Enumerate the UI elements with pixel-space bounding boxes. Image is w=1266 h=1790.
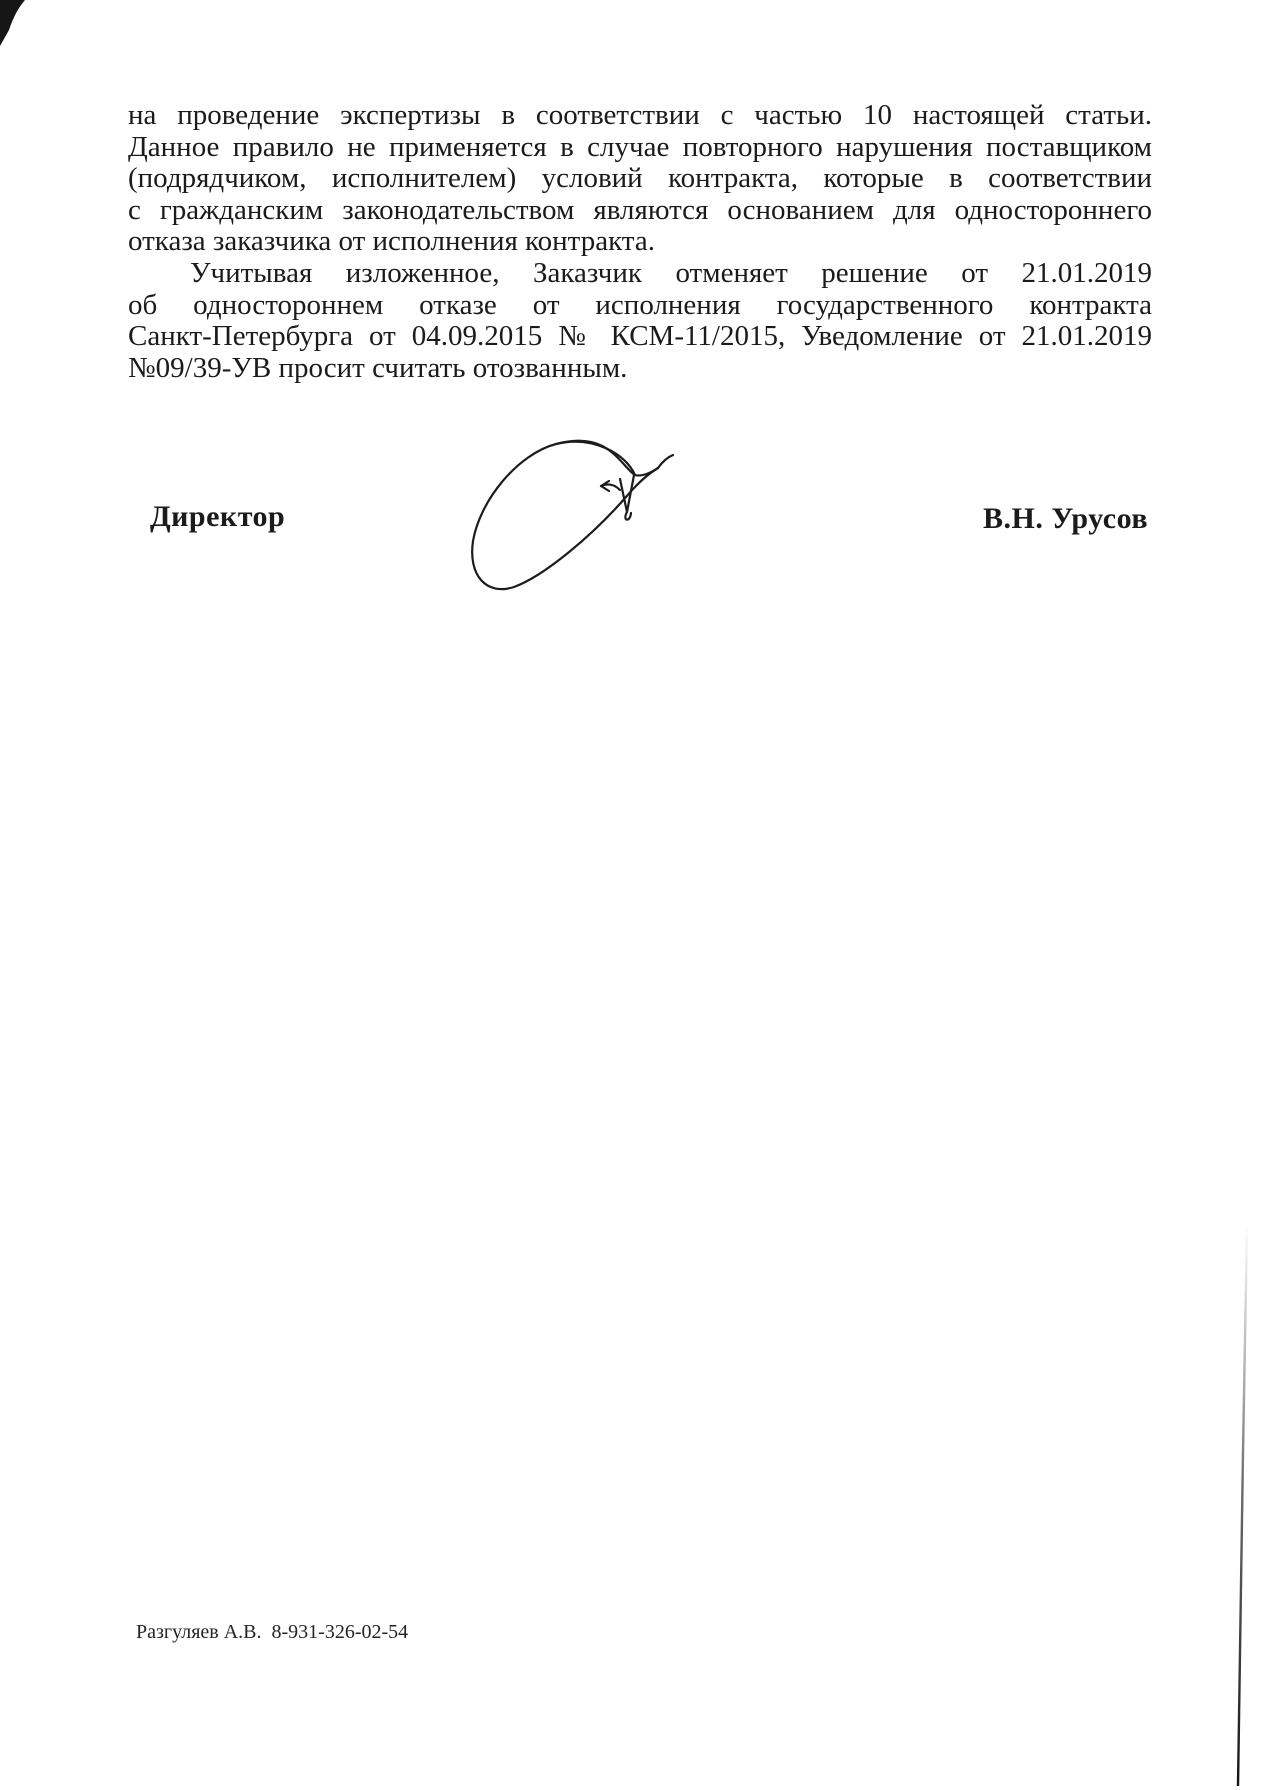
text-line: Учитывая изложенное, Заказчик отменяет р… bbox=[128, 258, 1152, 290]
edge-scan-artifact bbox=[1228, 1222, 1258, 1790]
text-line: Данное правило не применяется в случае п… bbox=[128, 132, 1152, 164]
text-line: на проведение экспертизы в соответствии … bbox=[128, 100, 1152, 132]
corner-scan-artifact bbox=[0, 0, 30, 50]
text-line: с гражданским законодательством являются… bbox=[128, 195, 1152, 227]
signature-ink bbox=[430, 428, 680, 603]
text-line: об одностороннем отказе от исполнения го… bbox=[128, 290, 1152, 322]
signatory-title: Директор bbox=[150, 500, 285, 534]
text-line: отказа заказчика от исполнения контракта… bbox=[128, 226, 1152, 258]
text-line: №09/39-УВ просит считать отозванным. bbox=[128, 353, 1152, 385]
text-line: (подрядчиком, исполнителем) условий конт… bbox=[128, 163, 1152, 195]
letter-body: на проведение экспертизы в соответствии … bbox=[128, 100, 1152, 384]
document-page: на проведение экспертизы в соответствии … bbox=[0, 0, 1266, 1790]
paragraph: на проведение экспертизы в соответствии … bbox=[128, 100, 1152, 258]
paragraph: Учитывая изложенное, Заказчик отменяет р… bbox=[128, 258, 1152, 384]
signatory-name: В.Н. Урусов bbox=[983, 502, 1148, 536]
executor-contact: Разгуляев А.В. 8-931-326-02-54 bbox=[136, 1621, 408, 1644]
text-line: Санкт-Петербурга от 04.09.2015 № КСМ-11/… bbox=[128, 321, 1152, 353]
